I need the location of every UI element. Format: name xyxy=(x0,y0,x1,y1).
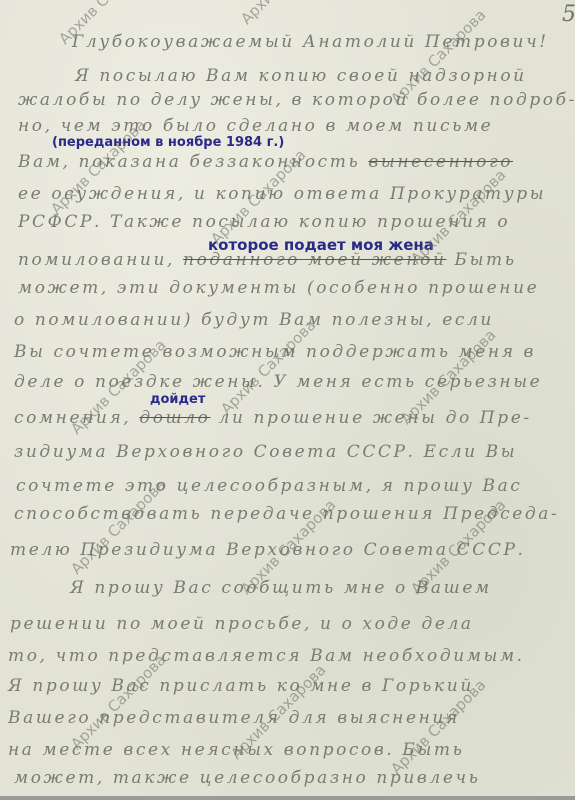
letter-line: решении по моей просьбе, и о ходе дела xyxy=(10,614,474,634)
letter-line: сочтете это целесообразным, я прошу Вас xyxy=(16,476,522,496)
archive-watermark: Архив Сахарова xyxy=(237,0,339,28)
letter-line: но, чем это было сделано в моем письме xyxy=(18,116,493,136)
ink-annotation-transmitted: (переданном в ноябре 1984 г.) xyxy=(52,135,284,150)
letter-line: Я посылаю Вам копию своей надзорной xyxy=(75,66,527,86)
archive-watermark: Архив Сахарова xyxy=(217,316,319,418)
struck-word: дошло xyxy=(139,408,210,428)
salutation-line: Глубокоуважаемый Анатолий Петрович! xyxy=(72,32,549,52)
line-text-after: ли прошение жены до Пре- xyxy=(219,408,532,428)
letter-line: Вашего представителя для выяснения xyxy=(8,708,460,728)
letter-line: может, эти документы (особенно прошение xyxy=(18,278,539,298)
archive-watermark: Архив Сахарова xyxy=(67,651,169,753)
letter-line: может, также целесообразно привлечь xyxy=(14,768,481,788)
letter-line: то, что представляется Вам необходимым. xyxy=(8,646,525,666)
ink-annotation-which-wife-submits: которое подает моя жена xyxy=(208,236,434,254)
letter-line: зидиума Верховного Совета СССР. Если Вы xyxy=(14,442,517,462)
line-text-after: Быть xyxy=(455,250,517,270)
line-text: помиловании, xyxy=(18,250,175,270)
page-number: 5 xyxy=(562,2,575,27)
letter-line: Я прошу Вас прислать ко мне в Горький xyxy=(8,676,474,696)
letter-line: деле о поездке жены. У меня есть серьезн… xyxy=(14,372,542,392)
letter-line: жалобы по делу жены, в которой более под… xyxy=(18,90,575,110)
letter-line: о помиловании) будут Вам полезны, если xyxy=(14,310,494,330)
line-text: Вам, показана беззаконность xyxy=(18,152,360,172)
ink-annotation-will-reach: дойдет xyxy=(150,392,205,407)
scan-bottom-edge xyxy=(0,796,575,800)
handwritten-letter-page: 5 Глубокоуважаемый Анатолий Петрович! Я … xyxy=(0,0,575,800)
struck-word: вынесенного xyxy=(368,152,513,172)
